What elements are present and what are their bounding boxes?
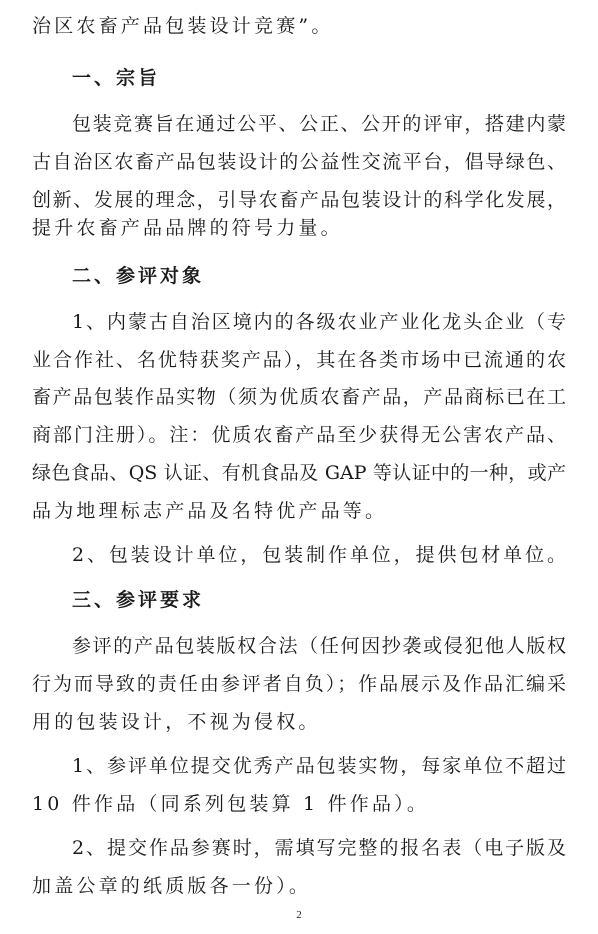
text-line: 加盖公章的纸质版各一份）。	[32, 874, 311, 898]
text-line: 提升农畜产品品牌的符号力量。	[32, 216, 343, 240]
text-line: 畜产品包装作品实物（须为优质农畜产品，产品商标已在工	[32, 385, 566, 409]
text-line: 业合作社、名优特获奖产品），其在各类市场中已流通的农	[32, 348, 566, 372]
text-line: 1、内蒙古自治区境内的各级农业产业化龙头企业（专	[72, 310, 566, 334]
text-line: 1、参评单位提交优秀产品包装实物，每家单位不超过	[72, 754, 566, 778]
text-line: 治区农畜产品包装设计竞赛”。	[32, 14, 334, 38]
section-heading-eligibility: 二、参评对象	[72, 264, 204, 288]
section-heading-requirements: 三、参评要求	[72, 588, 204, 612]
text-line: 2、包装设计单位，包装制作单位，提供包材单位。	[72, 543, 566, 567]
text-line: 行为而导致的责任由参评者自负）；作品展示及作品汇编采	[32, 672, 566, 696]
text-line: 古自治区农畜产品包装设计的公益性交流平台，倡导绿色、	[32, 150, 566, 174]
text-line: 品为地理标志产品及名特优产品等。	[32, 499, 387, 523]
text-line: 用的包装设计，不视为侵权。	[32, 710, 321, 734]
text-line: 10 件作品（同系列包装算 1 件作品）。	[32, 792, 429, 816]
text-line: 绿色食品、QS 认证、有机食品及 GAP 等认证中的一种，或产	[32, 461, 566, 485]
text-line: 包装竞赛旨在通过公平、公正、公开的评审，搭建内蒙	[72, 112, 566, 136]
section-heading-purpose: 一、宗旨	[72, 66, 160, 90]
text-line: 商部门注册）。注：优质农畜产品至少获得无公害农产品、	[32, 423, 566, 447]
text-line: 2、提交作品参赛时，需填写完整的报名表（电子版及	[72, 836, 566, 860]
text-line: 参评的产品包装版权合法（任何因抄袭或侵犯他人版权	[72, 634, 566, 658]
page-number: 2	[0, 909, 598, 921]
text-line: 创新、发展的理念，引导农畜产品包装设计的科学化发展，	[32, 188, 566, 212]
